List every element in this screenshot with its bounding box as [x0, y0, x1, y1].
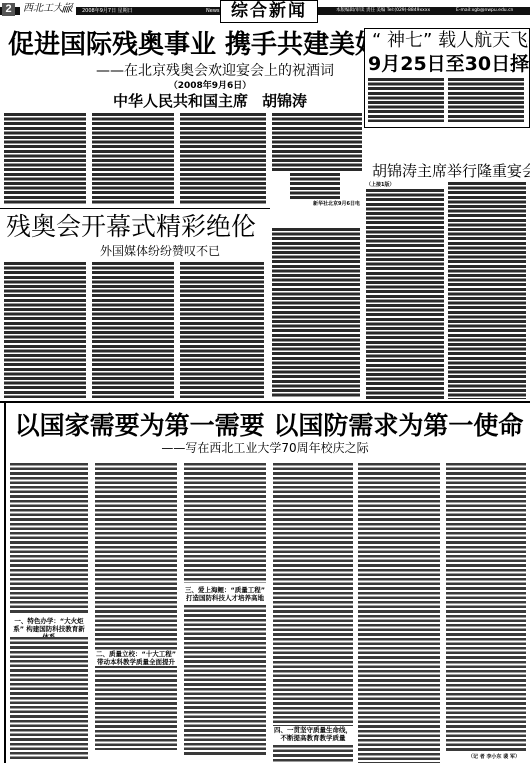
- divider: [0, 208, 270, 209]
- article-body-col: [184, 463, 266, 583]
- divider: [0, 401, 530, 403]
- section-title: 综合新闻: [220, 0, 318, 23]
- article-body-col: [184, 605, 266, 755]
- article-body-col: [448, 182, 526, 399]
- article-title-nwpu: 以国家需要为第一需要 以国防需求为第一使命: [14, 410, 524, 442]
- article-author-toast: 中华人民共和国主席胡锦涛: [60, 91, 360, 111]
- article-title-shenqi: “ 神七” 载人航天飞行: [372, 30, 522, 52]
- article-closing-toast: 新华社北京9月6日电: [300, 201, 360, 207]
- article-body-col: [358, 463, 440, 763]
- article-subtitle-opening: 外国媒体纷纷赞叹不已: [70, 244, 250, 259]
- article-body-col: [4, 262, 86, 398]
- author-role: 中华人民共和国主席: [113, 92, 248, 110]
- article-body-col: [273, 463, 353, 731]
- article-title-banquet: 胡锦涛主席举行隆重宴会: [372, 162, 522, 180]
- article-body-col: [368, 78, 444, 122]
- page-number: 2: [2, 3, 15, 16]
- article-body-col: [95, 463, 177, 750]
- article-body-col: [92, 262, 174, 398]
- subhead: 二、质量立校：“十大工程” 带动本科教学质量全面提升: [95, 650, 177, 666]
- article-title-shenqi-2: 9月25日至30日择机实施: [368, 53, 526, 76]
- article-body-col: [180, 113, 266, 204]
- article-lead-banquet: （上接1版）: [366, 182, 394, 188]
- left-border: [4, 402, 6, 763]
- article-body-col: [10, 463, 88, 613]
- article-subtitle-toast: ——在北京残奥会欢迎宴会上的祝酒词: [70, 62, 360, 80]
- decorative-slashes: ////: [62, 5, 70, 15]
- editor-info: 本版编辑/审读 责任 美编 Tel:(029)-8849xxxx: [336, 7, 430, 15]
- article-body-col: [180, 262, 264, 398]
- article-body-col: [272, 228, 360, 398]
- article-body-col: [446, 463, 526, 752]
- issue-date: 2008年9月7日 星期日: [82, 7, 133, 15]
- article-title-opening: 残奥会开幕式精彩绝伦: [6, 212, 268, 242]
- article-body-col: [448, 78, 524, 122]
- author-name: 胡锦涛: [262, 92, 307, 110]
- contact-email: E-mail:xgb@nwpu.edu.cn: [456, 7, 513, 15]
- article-subtitle-nwpu: ——写在西北工业大学70周年校庆之际: [140, 441, 390, 456]
- subhead: 三、爱上海鲤：“质量工程” 打造国防科技人才培养高地: [184, 586, 266, 602]
- article-body-col: [273, 745, 353, 763]
- article-byline-nwpu: （记 者 李小东 裴 军）: [468, 754, 520, 761]
- article-body-col: [92, 113, 174, 204]
- article-body-col: [290, 173, 340, 199]
- article-body-col: [10, 637, 88, 759]
- article-title-toast: 促进国际残奥事业 携手共建美好世界: [8, 29, 364, 61]
- section-label-en: News: [206, 7, 220, 15]
- subhead: 四、一贯坚守质量生命线，不断提高教育教学质量: [273, 726, 353, 742]
- article-body-col: [272, 113, 362, 171]
- article-body-col: [4, 113, 86, 204]
- article-body-col: [366, 189, 444, 399]
